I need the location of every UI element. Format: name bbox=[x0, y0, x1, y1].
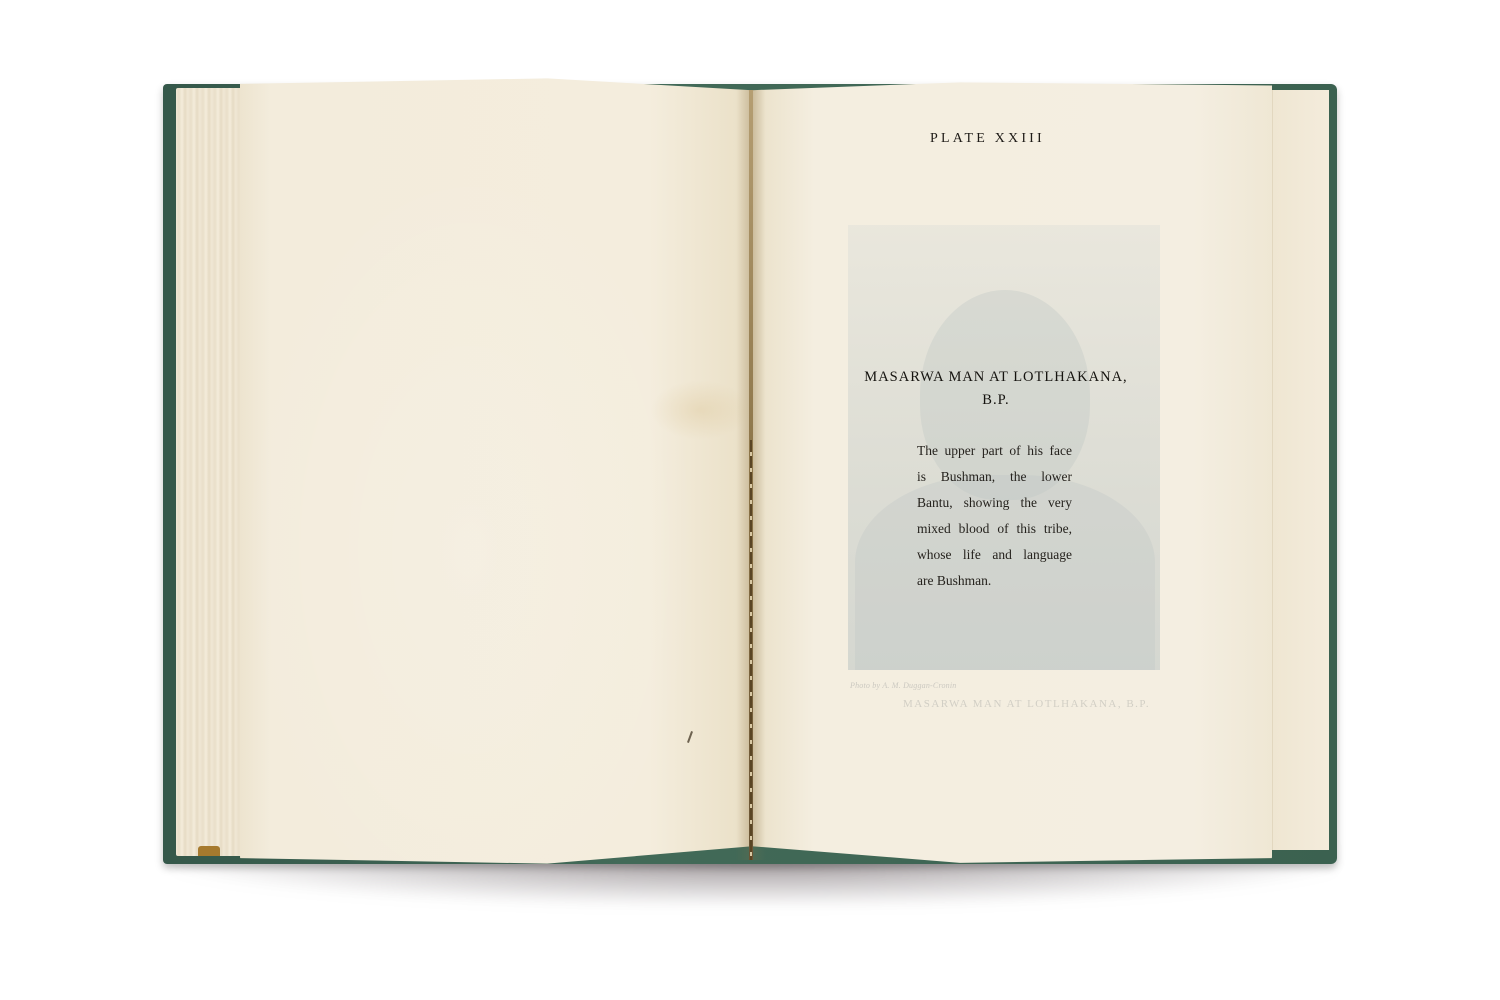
caption-body: The upper part of his face is Bushman, t… bbox=[917, 438, 1072, 594]
show-through-photo-credit: Photo by A. M. Duggan-Cronin bbox=[850, 681, 956, 690]
caption-line: whose life and language bbox=[917, 542, 1072, 568]
caption-title-line-1: MASARWA MAN AT LOTLHAKANA, bbox=[862, 366, 1130, 389]
fore-edge-right bbox=[1272, 90, 1329, 850]
caption-line: is Bushman, the lower bbox=[917, 464, 1072, 490]
book-photograph: Photo by A. M. Duggan-Cronin MASARWA MAN… bbox=[0, 0, 1500, 1000]
caption-line: mixed blood of this tribe, bbox=[917, 516, 1072, 542]
plate-heading: PLATE XXIII bbox=[930, 131, 1045, 147]
binding-stitch bbox=[750, 440, 752, 860]
caption-title: MASARWA MAN AT LOTLHAKANA, B.P. bbox=[862, 366, 1130, 412]
caption-line: Bantu, showing the very bbox=[917, 490, 1072, 516]
caption-title-line-2: B.P. bbox=[862, 389, 1130, 412]
headband-tab bbox=[198, 846, 220, 856]
show-through-photo-caption: MASARWA MAN AT LOTLHAKANA, B.P. bbox=[903, 698, 1150, 710]
caption-line: The upper part of his face bbox=[917, 438, 1072, 464]
paper-stain bbox=[650, 380, 750, 440]
caption-line: are Bushman. bbox=[917, 568, 1072, 594]
left-page-blank bbox=[240, 76, 752, 866]
